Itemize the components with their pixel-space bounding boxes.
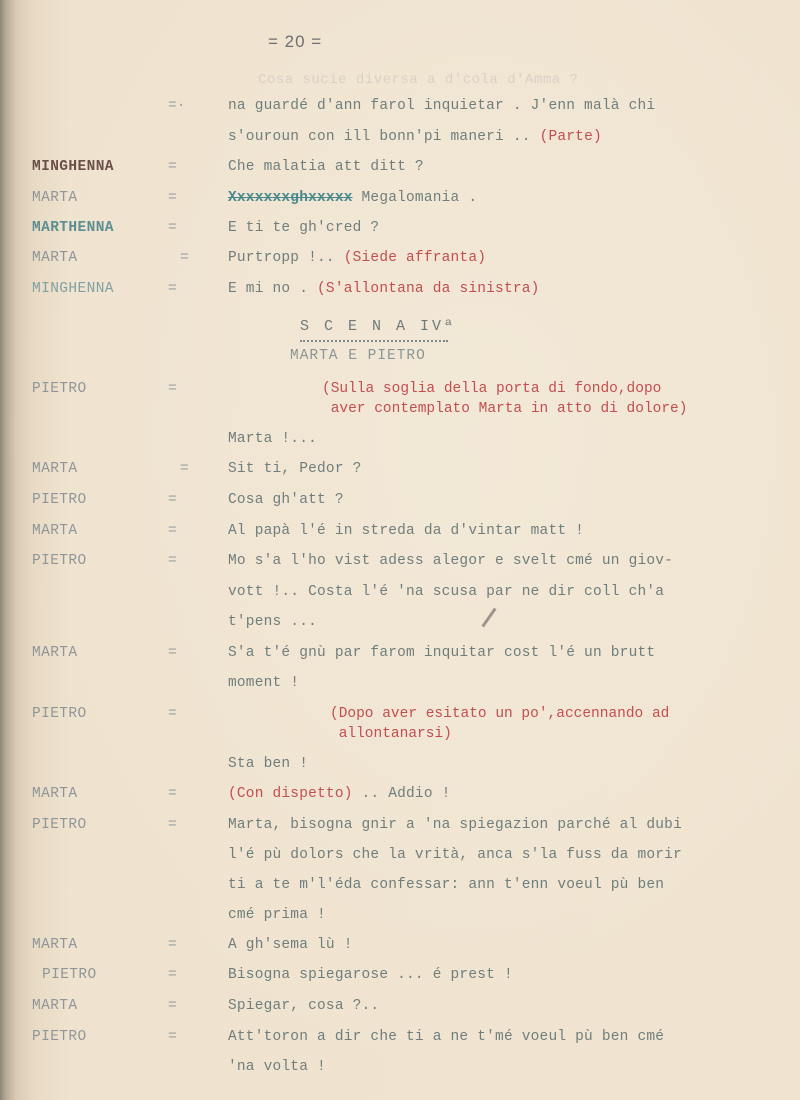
speaker-name: PIETRO <box>42 963 97 987</box>
separator: = <box>168 933 177 957</box>
dialogue-line: t'pens ... <box>0 610 800 634</box>
scene-title-underline <box>300 340 448 342</box>
dialogue-line: MARTA = Spiegar, cosa ?.. <box>0 994 800 1018</box>
dialogue-text: A gh'sema lù ! <box>228 933 353 957</box>
dialogue-text: cmé prima ! <box>228 903 326 927</box>
stage-direction: (Sulla soglia della porta di fondo,dopo <box>322 379 661 399</box>
dialogue-text: Cosa gh'att ? <box>228 488 344 512</box>
separator: = <box>168 963 177 987</box>
dialogue-line: ti a te m'l'éda confessar: ann t'enn voe… <box>0 873 800 897</box>
dialogue-text: E mi no . (S'allontana da sinistra) <box>228 277 540 301</box>
speaker-name: MARTA <box>32 782 78 806</box>
dialogue-line: moment ! <box>0 671 800 695</box>
dialogue-text: moment ! <box>228 671 299 695</box>
dialogue-line: MINGHENNA = E mi no . (S'allontana da si… <box>0 277 800 301</box>
dialogue-line: PIETRO = Att'toron a dir che ti a ne t'm… <box>0 1025 800 1049</box>
dialogue-line: vott !.. Costa l'é 'na scusa par ne dir … <box>0 580 800 604</box>
dialogue-text: l'é pù dolors che la vrità, anca s'la fu… <box>228 843 682 867</box>
dialogue-line: MARTA = Sit ti, Pedor ? <box>0 457 800 481</box>
dialogue-text: S'a t'é gnù par farom inquitar cost l'é … <box>228 641 655 665</box>
speaker-name: MARTA <box>32 246 78 270</box>
speaker-name: MINGHENNA <box>32 277 114 301</box>
separator: = <box>168 488 177 512</box>
speaker-name: PIETRO <box>32 813 87 837</box>
struck-text: Xxxxxxxghxxxxx <box>228 190 353 206</box>
speaker-name: MARTA <box>32 186 78 210</box>
speaker-name: PIETRO <box>32 702 87 726</box>
dialogue-line: Marta !... <box>0 427 800 451</box>
separator: = <box>168 377 177 401</box>
dialogue-line: s'ouroun con ill bonn'pi maneri .. (Part… <box>0 125 800 149</box>
scene-characters: MARTA E PIETRO <box>290 348 426 364</box>
dialogue-text: E ti te gh'cred ? <box>228 216 379 240</box>
separator: = <box>168 549 177 573</box>
dialogue-text: Mo s'a l'ho vist adess alegor e svelt cm… <box>228 549 673 573</box>
separator: = <box>168 155 177 179</box>
dialogue-line: l'é pù dolors che la vrità, anca s'la fu… <box>0 843 800 867</box>
speaker-name: MARTHENNA <box>32 216 114 240</box>
dialogue-line: PIETRO = Marta, bisogna gnir a 'na spieg… <box>0 813 800 837</box>
stage-direction: (Siede affranta) <box>344 250 486 266</box>
dialogue-text: Che malatia att ditt ? <box>228 155 424 179</box>
dialogue-line: MARTA = Purtropp !.. (Siede affranta) <box>0 246 800 270</box>
speaker-name: PIETRO <box>32 549 87 573</box>
separator: = <box>168 813 177 837</box>
separator: = <box>168 277 177 301</box>
speaker-name: MARTA <box>32 994 78 1018</box>
separator: = <box>168 641 177 665</box>
dialogue-line: Sta ben ! <box>0 752 800 776</box>
dialogue-text: s'ouroun con ill bonn'pi maneri .. (Part… <box>228 125 602 149</box>
dialogue-text: Xxxxxxxghxxxxx Megalomania . <box>228 186 477 210</box>
separator: = <box>168 186 177 210</box>
dialogue-text: Marta !... <box>228 427 317 451</box>
dialogue-line: 'na volta ! <box>0 1055 800 1079</box>
speaker-name: MARTA <box>32 519 78 543</box>
stage-direction: allontanarsi) <box>330 724 452 744</box>
dialogue-text: Purtropp !.. (Siede affranta) <box>228 246 486 270</box>
dialogue-line: MARTA = (Con dispetto) .. Addio ! <box>0 782 800 806</box>
dialogue-line: PIETRO = Cosa gh'att ? <box>0 488 800 512</box>
dialogue-line: =· na guardé d'ann farol inquietar . J'e… <box>0 94 800 118</box>
dialogue-text: Al papà l'é in streda da d'vintar matt ! <box>228 519 584 543</box>
dialogue-line: MARTHENNA = E ti te gh'cred ? <box>0 216 800 240</box>
dialogue-text: ti a te m'l'éda confessar: ann t'enn voe… <box>228 873 664 897</box>
stage-direction: (Parte) <box>540 129 602 145</box>
speaker-name: MINGHENNA <box>32 155 114 179</box>
scene-title: S C E N A IVª <box>300 318 456 335</box>
dialogue-text: na guardé d'ann farol inquietar . J'enn … <box>228 94 655 118</box>
dialogue-text: t'pens ... <box>228 610 317 634</box>
dialogue-line: MARTA = S'a t'é gnù par farom inquitar c… <box>0 641 800 665</box>
separator: = <box>168 994 177 1018</box>
separator: = <box>180 246 189 270</box>
speaker-name: PIETRO <box>32 377 87 401</box>
dialogue-line: cmé prima ! <box>0 903 800 927</box>
stage-direction: (S'allontana da sinistra) <box>317 281 540 297</box>
separator: = <box>168 702 177 726</box>
dialogue-text: Bisogna spiegarose ... é prest ! <box>228 963 513 987</box>
dialogue-line: PIETRO = Bisogna spiegarose ... é prest … <box>0 963 800 987</box>
dialogue-text: Sit ti, Pedor ? <box>228 457 362 481</box>
dialogue-text: vott !.. Costa l'é 'na scusa par ne dir … <box>228 580 664 604</box>
dialogue-text: Marta, bisogna gnir a 'na spiegazion par… <box>228 813 682 837</box>
speaker-name: MARTA <box>32 457 78 481</box>
separator: =· <box>168 94 185 118</box>
dialogue-line: MINGHENNA = Che malatia att ditt ? <box>0 155 800 179</box>
dialogue-line: PIETRO = Mo s'a l'ho vist adess alegor e… <box>0 549 800 573</box>
dialogue-line: MARTA = A gh'sema lù ! <box>0 933 800 957</box>
separator: = <box>168 1025 177 1049</box>
separator: = <box>180 457 189 481</box>
dialogue-text: 'na volta ! <box>228 1055 326 1079</box>
separator: = <box>168 782 177 806</box>
bleed-through-text: Cosa sucie diversa a d'cola d'Amma ? <box>258 72 578 88</box>
stage-direction: aver contemplato Marta in atto di dolore… <box>322 399 687 419</box>
page-number: = 20 = <box>268 32 322 52</box>
separator: = <box>168 216 177 240</box>
dialogue-text: Sta ben ! <box>228 752 308 776</box>
separator: = <box>168 519 177 543</box>
speaker-name: PIETRO <box>32 488 87 512</box>
speaker-name: MARTA <box>32 641 78 665</box>
typescript-page: Cosa sucie diversa a d'cola d'Amma ? = 2… <box>0 0 800 1100</box>
speaker-name: MARTA <box>32 933 78 957</box>
speaker-name: PIETRO <box>32 1025 87 1049</box>
dialogue-line: MARTA = Xxxxxxxghxxxxx Megalomania . <box>0 186 800 210</box>
dialogue-line: MARTA = Al papà l'é in streda da d'vinta… <box>0 519 800 543</box>
dialogue-text: Spiegar, cosa ?.. <box>228 994 379 1018</box>
stage-direction: (Dopo aver esitato un po',accennando ad <box>330 704 669 724</box>
stage-direction: (Con dispetto) <box>228 786 353 802</box>
dialogue-text: Att'toron a dir che ti a ne t'mé voeul p… <box>228 1025 664 1049</box>
dialogue-text: (Con dispetto) .. Addio ! <box>228 782 451 806</box>
